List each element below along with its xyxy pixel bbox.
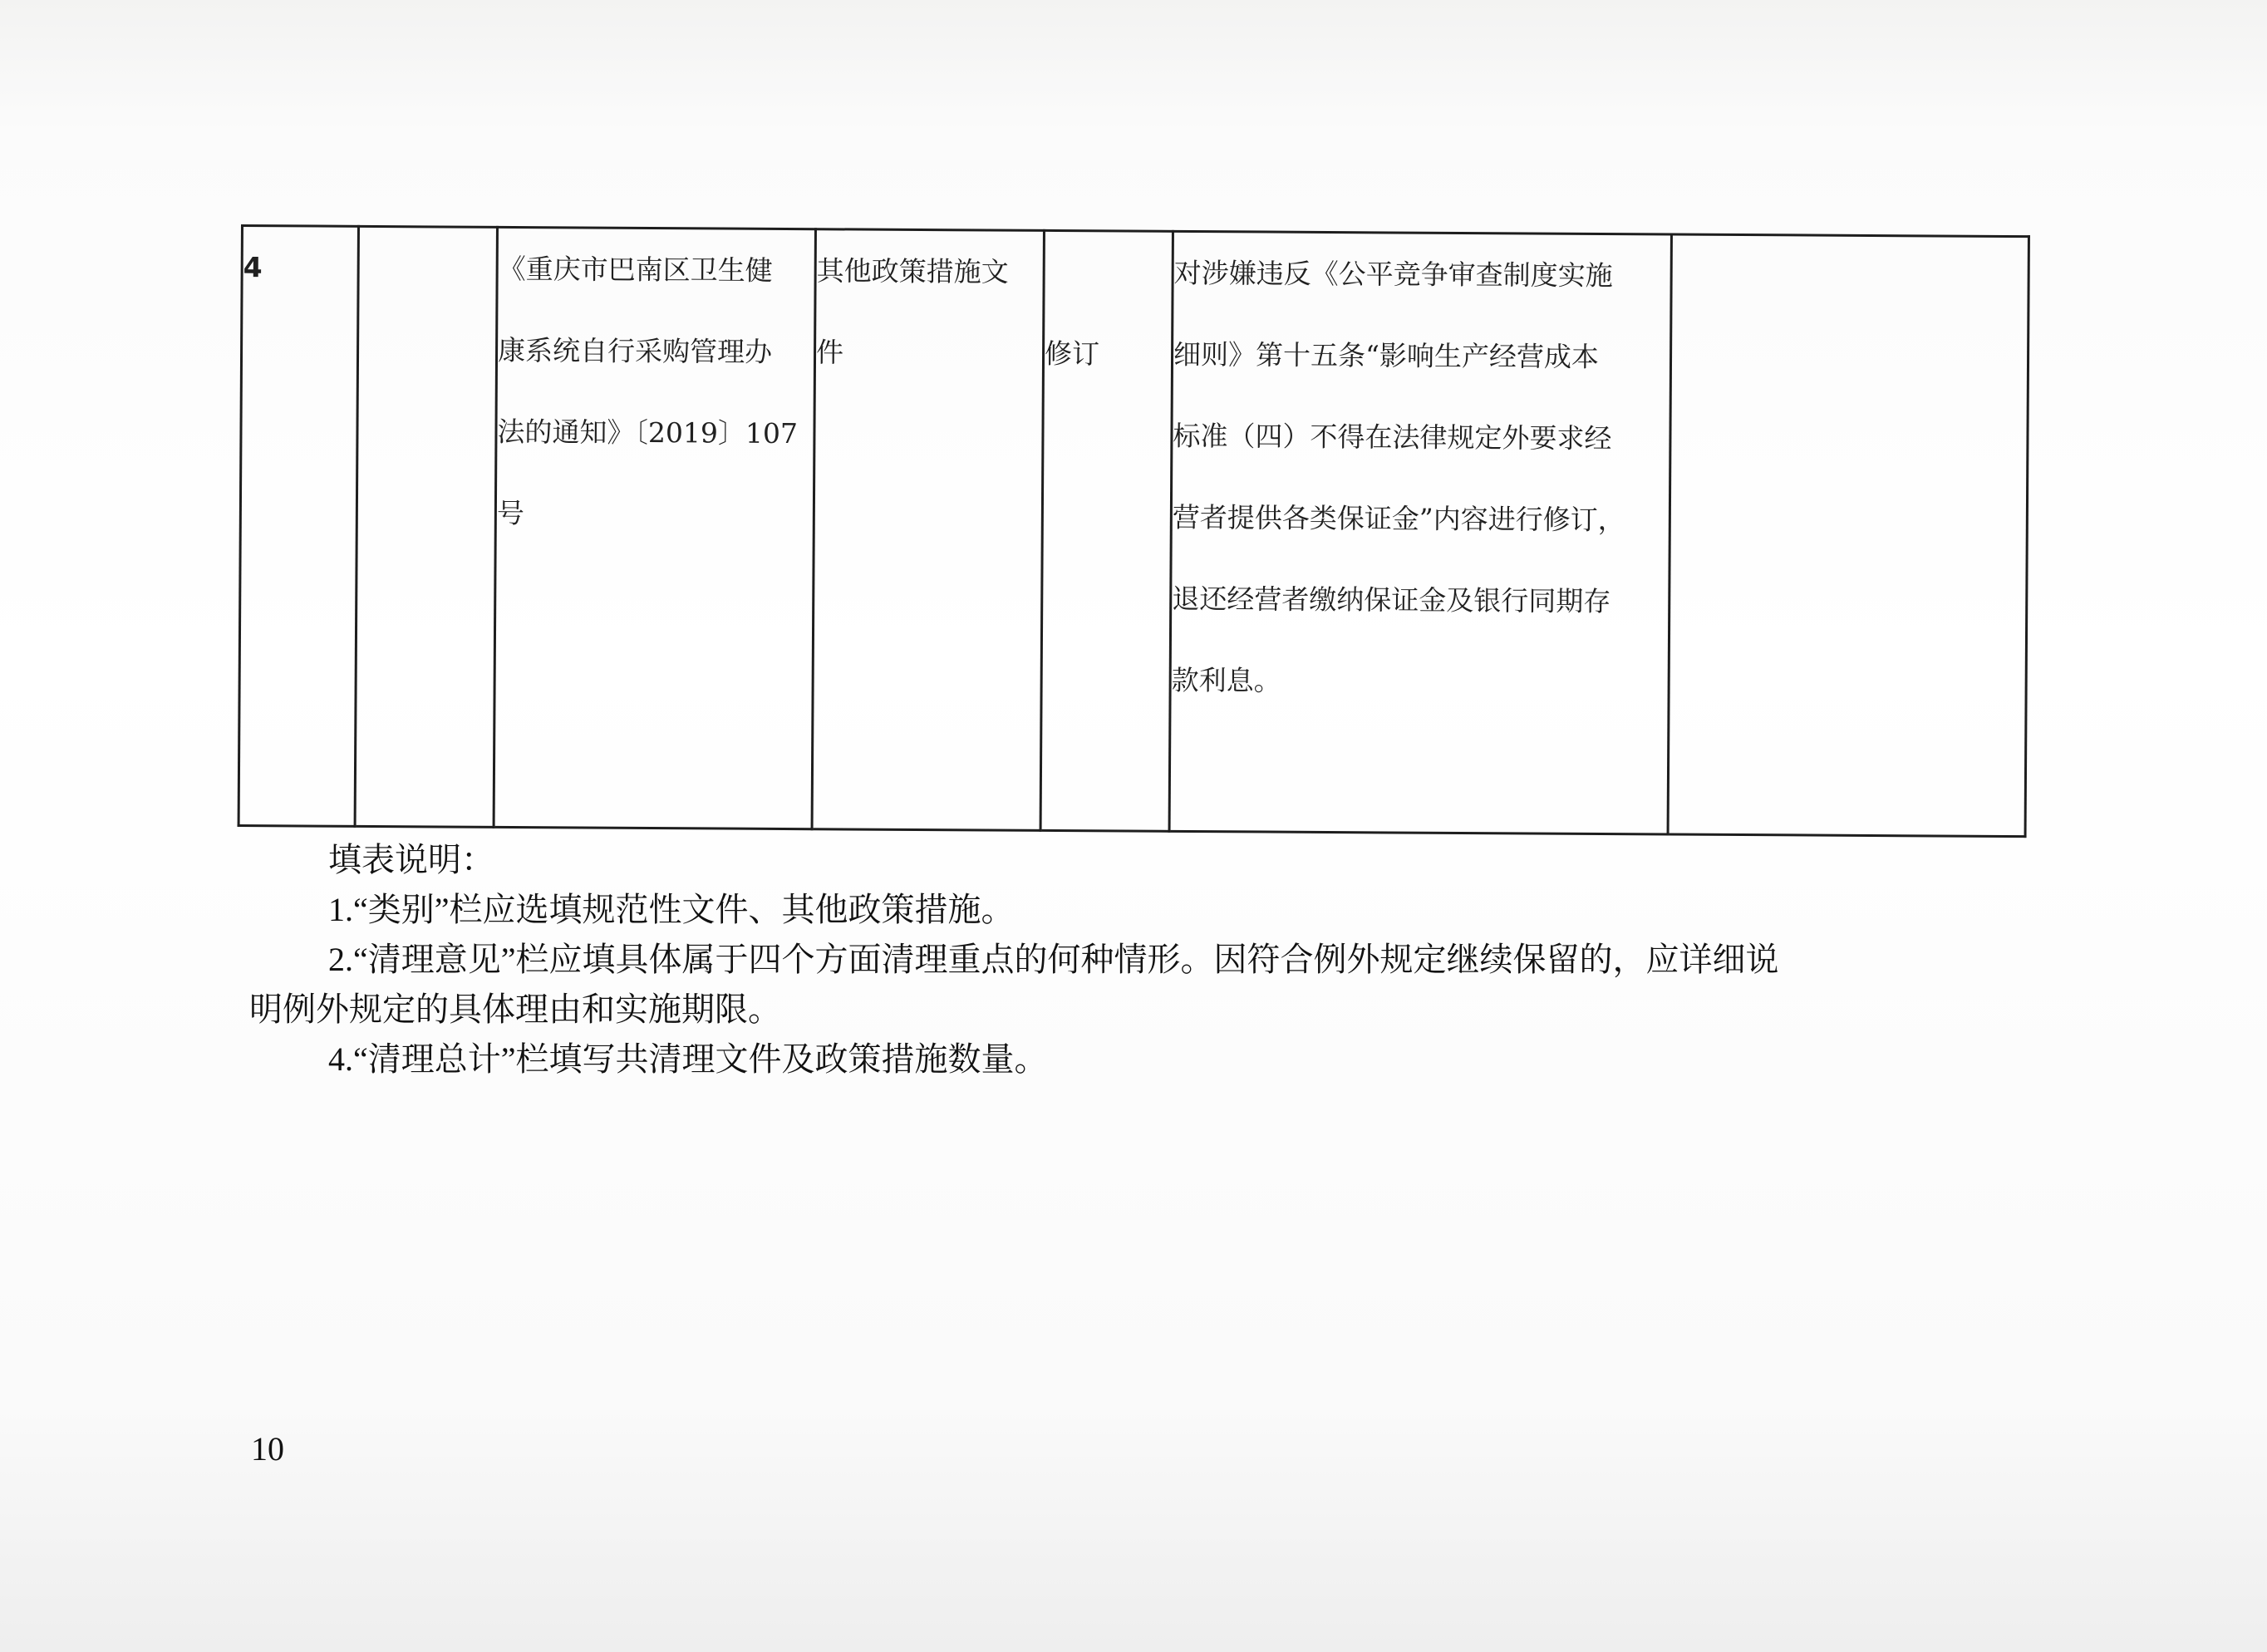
action-cell: 修订 [1040,230,1173,831]
opinion-line: 退还经营者缴纳保证金及银行同期存 [1172,558,1669,643]
page-number: 10 [251,1429,284,1468]
document-title-line: 法的通知》〔2019〕107 [497,391,814,474]
opinion-line: 细则》第十五条“影响生产经营成本 [1173,314,1670,399]
document-title-line: 《重庆市巴南区卫生健 [498,229,814,312]
document-title-line: 号 [497,473,814,556]
opinion-line: 对涉嫌违反《公平竞争审查制度实施 [1173,233,1670,317]
spacer [1045,232,1172,314]
scanned-page: 4 《重庆市巴南区卫生健 康系统自行采购管理办 法的通知》〔2019〕107 号… [0,0,2267,1652]
table-row: 4 《重庆市巴南区卫生健 康系统自行采购管理办 法的通知》〔2019〕107 号… [239,226,2028,837]
filling-instructions: 填表说明： 1.“类别”栏应选填规范性文件、其他政策措施。 2.“清理意见”栏应… [249,827,2011,1084]
opinion-line: 款利息。 [1171,640,1668,725]
action-text: 修订 [1045,313,1172,396]
row-number: 4 [239,226,358,827]
instruction-item: 1.“类别”栏应选填规范性文件、其他政策措施。 [249,885,2011,935]
document-title-cell: 《重庆市巴南区卫生健 康系统自行采购管理办 法的通知》〔2019〕107 号 [494,227,815,828]
row-col2-cell [355,226,497,827]
document-title-line: 康系统自行采购管理办 [498,310,814,393]
cleanup-opinion-cell: 对涉嫌违反《公平竞争审查制度实施 细则》第十五条“影响生产经营成本 标准（四）不… [1169,231,1671,834]
instructions-heading: 填表说明： [249,835,2011,885]
category-line: 件 [816,312,1043,395]
remarks-cell [1668,234,2028,837]
category-cell: 其他政策措施文 件 [812,229,1044,831]
instruction-item: 2.“清理意见”栏应填具体属于四个方面清理重点的何种情形。因符合例外规定继续保留… [249,935,2011,985]
opinion-line: 营者提供各类保证金”内容进行修订， [1173,477,1670,562]
instruction-item: 4.“清理总计”栏填写共清理文件及政策措施数量。 [249,1035,2011,1084]
category-line: 其他政策措施文 [816,230,1043,313]
instruction-item-continuation: 明例外规定的具体理由和实施期限。 [249,985,2011,1035]
opinion-line: 标准（四）不得在法律规定外要求经 [1173,396,1670,480]
cleanup-table: 4 《重庆市巴南区卫生健 康系统自行采购管理办 法的通知》〔2019〕107 号… [238,224,2030,838]
